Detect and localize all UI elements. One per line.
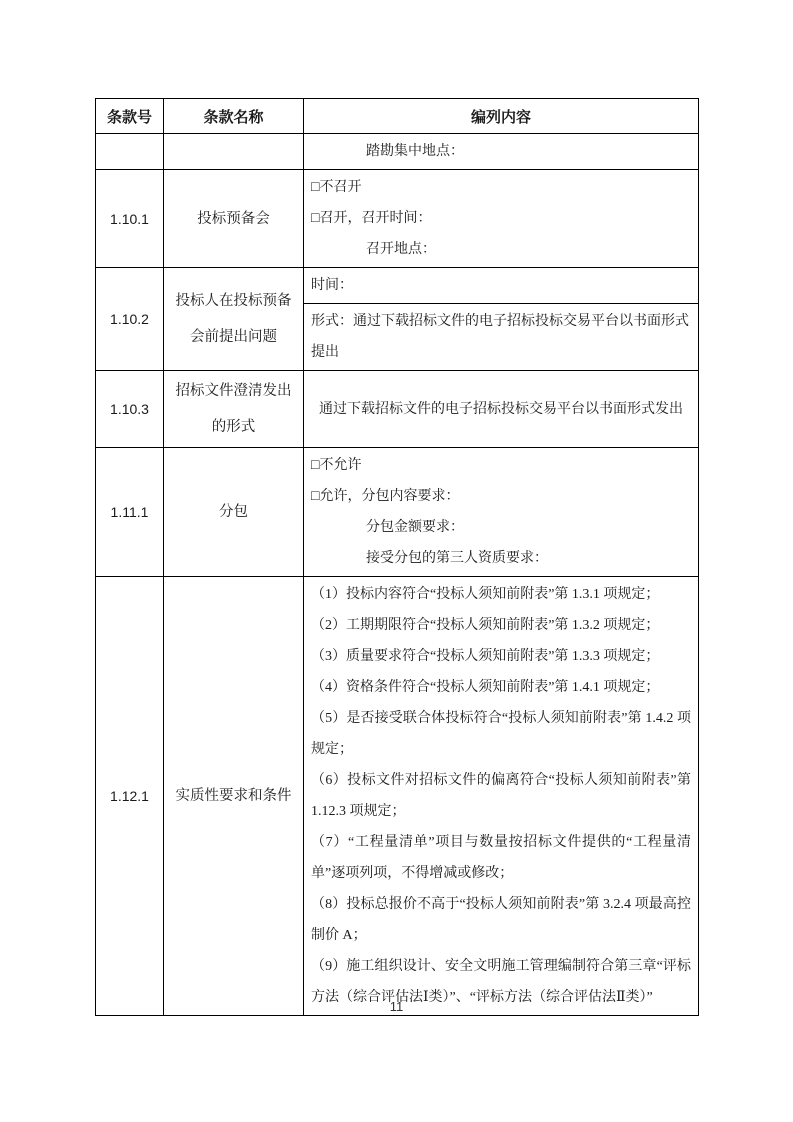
content-line: （4）资格条件符合“投标人须知前附表”第 1.4.1 项规定； [311, 672, 691, 703]
document-page: 条款号条款名称编列内容 踏勘集中地点：1.10.1投标预备会□不召开□召开，召开… [0, 0, 793, 1122]
clause-name-cell: 投标人在投标预备会前提出问题 [164, 268, 304, 371]
clause-name-cell: 招标文件澄清发出的形式 [164, 371, 304, 448]
table-row: 1.12.1实质性要求和条件（1）投标内容符合“投标人须知前附表”第 1.3.1… [96, 577, 699, 1016]
clause-name-cell [164, 134, 304, 170]
content-line: （6）投标文件对招标文件的偏离符合“投标人须知前附表”第 1.12.3 项规定； [311, 765, 691, 827]
content-cell: 时间： [304, 268, 699, 304]
content-line: 接受分包的第三人资质要求： [311, 543, 691, 574]
table-row: 踏勘集中地点： [96, 134, 699, 170]
clause-name-cell: 分包 [164, 448, 304, 577]
clause-no-cell [96, 134, 164, 170]
content-cell: 形式：通过下载招标文件的电子招标投标交易平台以书面形式提出 [304, 304, 699, 371]
clause-table-header: 条款号条款名称编列内容 [96, 99, 699, 134]
table-row: 1.10.3招标文件澄清发出的形式通过下载招标文件的电子招标投标交易平台以书面形… [96, 371, 699, 448]
clause-no-cell: 1.11.1 [96, 448, 164, 577]
clause-name-cell: 实质性要求和条件 [164, 577, 304, 1016]
clause-no-cell: 1.10.3 [96, 371, 164, 448]
clause-no-cell: 1.10.1 [96, 170, 164, 268]
table-row: 1.10.2投标人在投标预备会前提出问题时间： [96, 268, 699, 304]
content-line: （3）质量要求符合“投标人须知前附表”第 1.3.3 项规定； [311, 641, 691, 672]
content-cell: 通过下载招标文件的电子招标投标交易平台以书面形式发出 [304, 371, 699, 448]
content-line: □召开，召开时间： [311, 203, 691, 234]
content-line: 时间： [311, 270, 691, 301]
content-line: 召开地点： [311, 234, 691, 265]
table-row: 1.11.1分包□不允许□允许，分包内容要求：分包金额要求：接受分包的第三人资质… [96, 448, 699, 577]
table-row: 1.10.1投标预备会□不召开□召开，召开时间：召开地点： [96, 170, 699, 268]
content-cell: □不召开□召开，召开时间：召开地点： [304, 170, 699, 268]
clause-table-body: 踏勘集中地点：1.10.1投标预备会□不召开□召开，召开时间：召开地点：1.10… [96, 134, 699, 1016]
content-line: 形式：通过下载招标文件的电子招标投标交易平台以书面形式提出 [311, 306, 691, 368]
content-line: （1）投标内容符合“投标人须知前附表”第 1.3.1 项规定； [311, 579, 691, 610]
column-header-1: 条款名称 [164, 99, 304, 134]
page-number: 11 [0, 999, 793, 1014]
content-line: □允许，分包内容要求： [311, 481, 691, 512]
content-cell: □不允许□允许，分包内容要求：分包金额要求：接受分包的第三人资质要求： [304, 448, 699, 577]
content-line: 踏勘集中地点： [311, 136, 691, 167]
content-line: （2）工期期限符合“投标人须知前附表”第 1.3.2 项规定； [311, 610, 691, 641]
content-cell: （1）投标内容符合“投标人须知前附表”第 1.3.1 项规定；（2）工期期限符合… [304, 577, 699, 1016]
content-line: （5）是否接受联合体投标符合“投标人须知前附表”第 1.4.2 项规定； [311, 703, 691, 765]
clause-no-cell: 1.10.2 [96, 268, 164, 371]
clause-no-cell: 1.12.1 [96, 577, 164, 1016]
content-line: 通过下载招标文件的电子招标投标交易平台以书面形式发出 [311, 394, 691, 425]
content-line: □不允许 [311, 450, 691, 481]
clause-name-cell: 投标预备会 [164, 170, 304, 268]
content-cell: 踏勘集中地点： [304, 134, 699, 170]
content-line: □不召开 [311, 172, 691, 203]
clause-table: 条款号条款名称编列内容 踏勘集中地点：1.10.1投标预备会□不召开□召开，召开… [95, 98, 699, 1016]
content-line: 分包金额要求： [311, 512, 691, 543]
column-header-0: 条款号 [96, 99, 164, 134]
content-line: （7）“工程量清单”项目与数量按招标文件提供的“工程量清单”逐项列项，不得增减或… [311, 827, 691, 889]
content-line: （8）投标总报价不高于“投标人须知前附表”第 3.2.4 项最高控制价 A； [311, 889, 691, 951]
column-header-2: 编列内容 [304, 99, 699, 134]
